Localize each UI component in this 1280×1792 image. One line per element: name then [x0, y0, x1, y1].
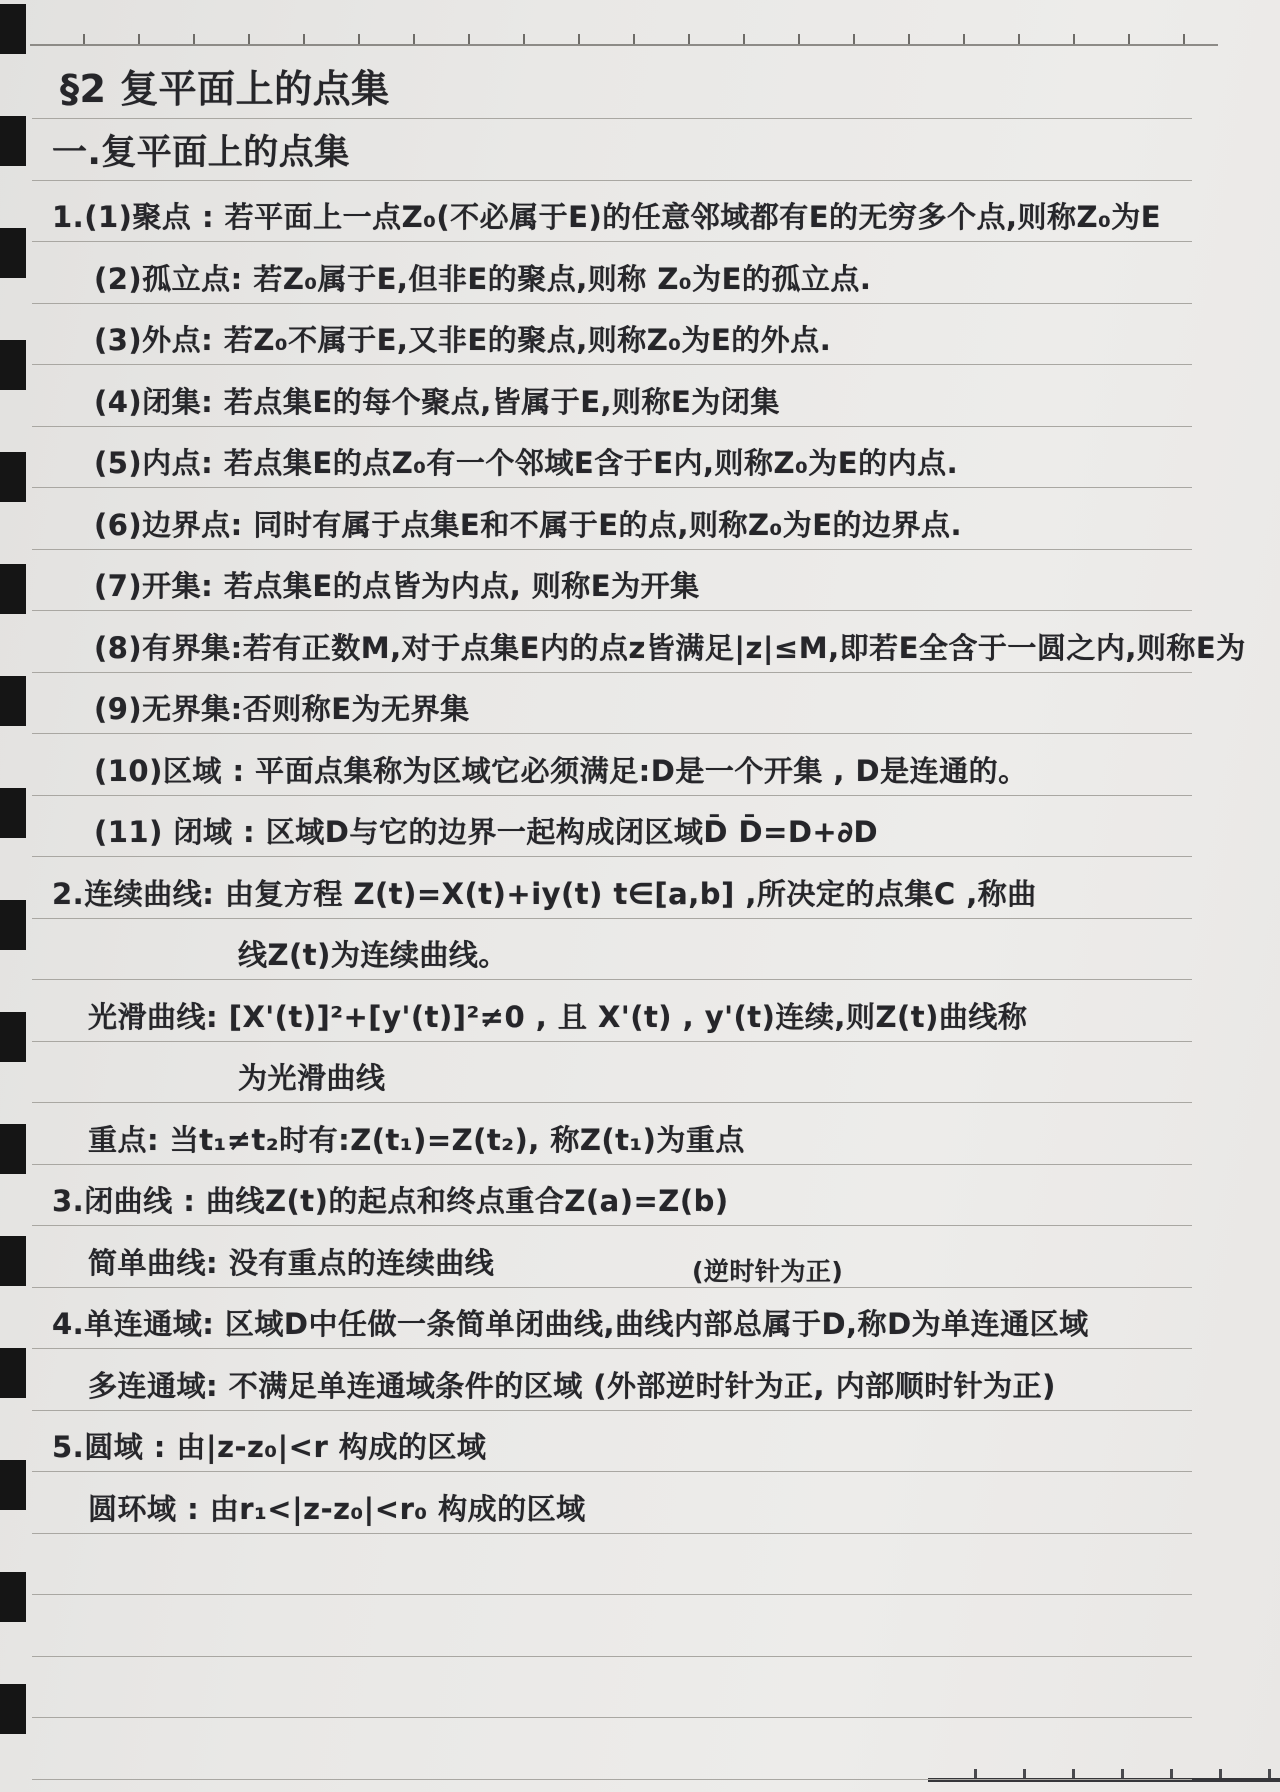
note-line: 4.单连通域: 区域D中任做一条简单闭曲线,曲线内部总属于D,称D为单连通区域 — [32, 1288, 1192, 1350]
note-line: 3.闭曲线 : 曲线Z(t)的起点和终点重合Z(a)=Z(b) — [32, 1165, 1192, 1227]
note-line — [32, 1534, 1192, 1596]
note-line: 线Z(t)为连续曲线。 — [32, 919, 1192, 981]
note-line: (9)无界集:否则称E为无界集 — [32, 673, 1192, 735]
note-line: 圆环域 : 由r₁<|z-z₀|<r₀ 构成的区域 — [32, 1472, 1192, 1534]
note-line: 5.圆域 : 由|z-z₀|<r 构成的区域 — [32, 1411, 1192, 1473]
note-line — [32, 1718, 1192, 1780]
note-line: 一.复平面上的点集 — [32, 119, 1192, 181]
note-line: (8)有界集:若有正数M,对于点集E内的点z皆满足|z|≤M,即若E全含于一圆之… — [32, 611, 1192, 673]
note-line: (7)开集: 若点集E的点皆为内点, 则称E为开集 — [32, 550, 1192, 612]
note-line: 为光滑曲线 — [32, 1042, 1192, 1104]
note-line: (11) 闭域 : 区域D与它的边界一起构成闭区域D̄ D̄=D+∂D — [32, 796, 1192, 858]
note-line: (4)闭集: 若点集E的每个聚点,皆属于E,则称E为闭集 — [32, 365, 1192, 427]
spiral-binding — [0, 0, 26, 1792]
note-line: (5)内点: 若点集E的点Z₀有一个邻域E含于E内,则称Z₀为E的内点. — [32, 427, 1192, 489]
note-line: 多连通域: 不满足单连通域条件的区域 (外部逆时针为正, 内部顺时针为正) — [32, 1349, 1192, 1411]
note-line: 1.(1)聚点 : 若平面上一点Z₀(不必属于E)的任意邻域都有E的无穷多个点,… — [32, 181, 1192, 243]
note-line: (2)孤立点: 若Z₀属于E,但非E的聚点,则称 Z₀为E的孤立点. — [32, 242, 1192, 304]
note-line: 光滑曲线: [X'(t)]²+[y'(t)]²≠0 , 且 X'(t) , y'… — [32, 980, 1192, 1042]
note-line: §2 复平面上的点集 — [32, 45, 1192, 119]
note-line: (6)边界点: 同时有属于点集E和不属于E的点,则称Z₀为E的边界点. — [32, 488, 1192, 550]
note-line: (10)区域 : 平面点集称为区域它必须满足:D是一个开集 , D是连通的。 — [32, 734, 1192, 796]
note-line: 简单曲线: 没有重点的连续曲线 — [32, 1226, 1192, 1288]
note-line: 重点: 当t₁≠t₂时有:Z(t₁)=Z(t₂), 称Z(t₁)为重点 — [32, 1103, 1192, 1165]
note-line — [32, 1595, 1192, 1657]
notebook-page: §2 复平面上的点集一.复平面上的点集1.(1)聚点 : 若平面上一点Z₀(不必… — [0, 0, 1280, 1792]
note-line: (3)外点: 若Z₀不属于E,又非E的聚点,则称Z₀为E的外点. — [32, 304, 1192, 366]
note-line: 2.连续曲线: 由复方程 Z(t)=X(t)+iy(t) t∈[a,b] ,所决… — [32, 857, 1192, 919]
note-line — [32, 1657, 1192, 1719]
ruled-area: §2 复平面上的点集一.复平面上的点集1.(1)聚点 : 若平面上一点Z₀(不必… — [0, 0, 1280, 1780]
